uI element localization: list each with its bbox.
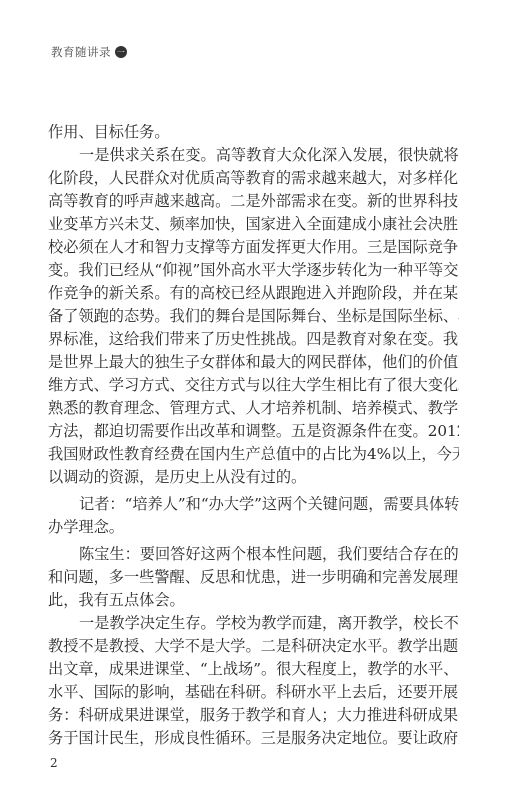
text-line: 熟悉的教育理念、管理方式、人才培养机制、培养模式、教学内容和 [48, 397, 459, 420]
text-line: 陈宝生：要回答好这两个根本性问题，我们要结合存在的突出矛盾 [48, 543, 459, 566]
text-line: 业变革方兴未艾、频率加快，国家进入全面建成小康社会决胜阶段，高 [48, 213, 459, 236]
text-line: 务于国计民生，形成良性循环。三是服务决定地位。要让政府重视教 [48, 727, 459, 750]
text-line: 我国财政性教育经费在国内生产总值中的占比为4%以上，今天教育可 [48, 443, 459, 466]
text-line: 维方式、学习方式、交往方式与以往大学生相比有了很大变化。我们 [48, 374, 459, 397]
book-title: 教育随讲录 [51, 44, 111, 60]
text-line: 此，我有五点体会。 [48, 589, 459, 612]
text-line: 办学理念。 [48, 516, 459, 539]
running-head: 教育随讲录 一 [51, 44, 127, 60]
text-line: 备了领跑的态势。我们的舞台是国际舞台、坐标是国际坐标、标准是世 [48, 305, 459, 328]
text-line: 作竞争的新关系。有的高校已经从跟跑进入并跑阶段，并在某些领域具 [48, 282, 459, 305]
text-line: 以调动的资源，是历史上从没有过的。 [48, 466, 459, 489]
text-line: 一是教学决定生存。学校为教学而建，离开教学，校长不是校长、 [48, 612, 459, 635]
text-line: 记者：“培养人”和“办大学”这两个关键问题，需要具体转化为 [48, 493, 459, 516]
text-line: 界标准，这给我们带来了历史性挑战。四是教育对象在变。我们面对的 [48, 328, 459, 351]
text-line: 高等教育的呼声越来越高。二是外部需求在变。新的世界科技革命和产 [48, 190, 459, 213]
text-line: 出文章，成果进课堂、“上战场”。很大程度上，教学的水平、服务的 [48, 658, 459, 681]
text-line: 教授不是教授、大学不是大学。二是科研决定水平。教学出题目，科研 [48, 635, 459, 658]
chapter-marker-icon: 一 [115, 46, 127, 58]
text-line: 变。我们已经从“仰视”国外高水平大学逐步转化为一种平等交流、合 [48, 259, 459, 282]
text-line: 一是供求关系在变。高等教育大众化深入发展，很快就将进入普及 [48, 144, 459, 167]
text-line: 化阶段，人民群众对优质高等教育的需求越来越大，对多样化、个性化 [48, 167, 459, 190]
page-number: 2 [50, 756, 58, 770]
text-line: 务：科研成果进课堂，服务于教学和育人；大力推进科研成果转化，服 [48, 704, 459, 727]
text-line: 校必须在人才和智力支撑等方面发挥更大作用。三是国际竞争环境在 [48, 236, 459, 259]
text-line: 方法，都迫切需要作出改革和调整。五是资源条件在变。2012年以来， [48, 420, 459, 443]
text-line: 水平、国际的影响，基础在科研。科研水平上去后，还要开展两项服 [48, 681, 459, 704]
text-line: 作用、目标任务。 [48, 121, 459, 144]
text-line: 是世界上最大的独生子女群体和最大的网民群体，他们的价值观念、思 [48, 351, 459, 374]
text-line: 和问题，多一些警醒、反思和忧患，进一步明确和完善发展理念。对 [48, 566, 459, 589]
body-text: 作用、目标任务。一是供求关系在变。高等教育大众化深入发展，很快就将进入普及化阶段… [48, 121, 459, 750]
